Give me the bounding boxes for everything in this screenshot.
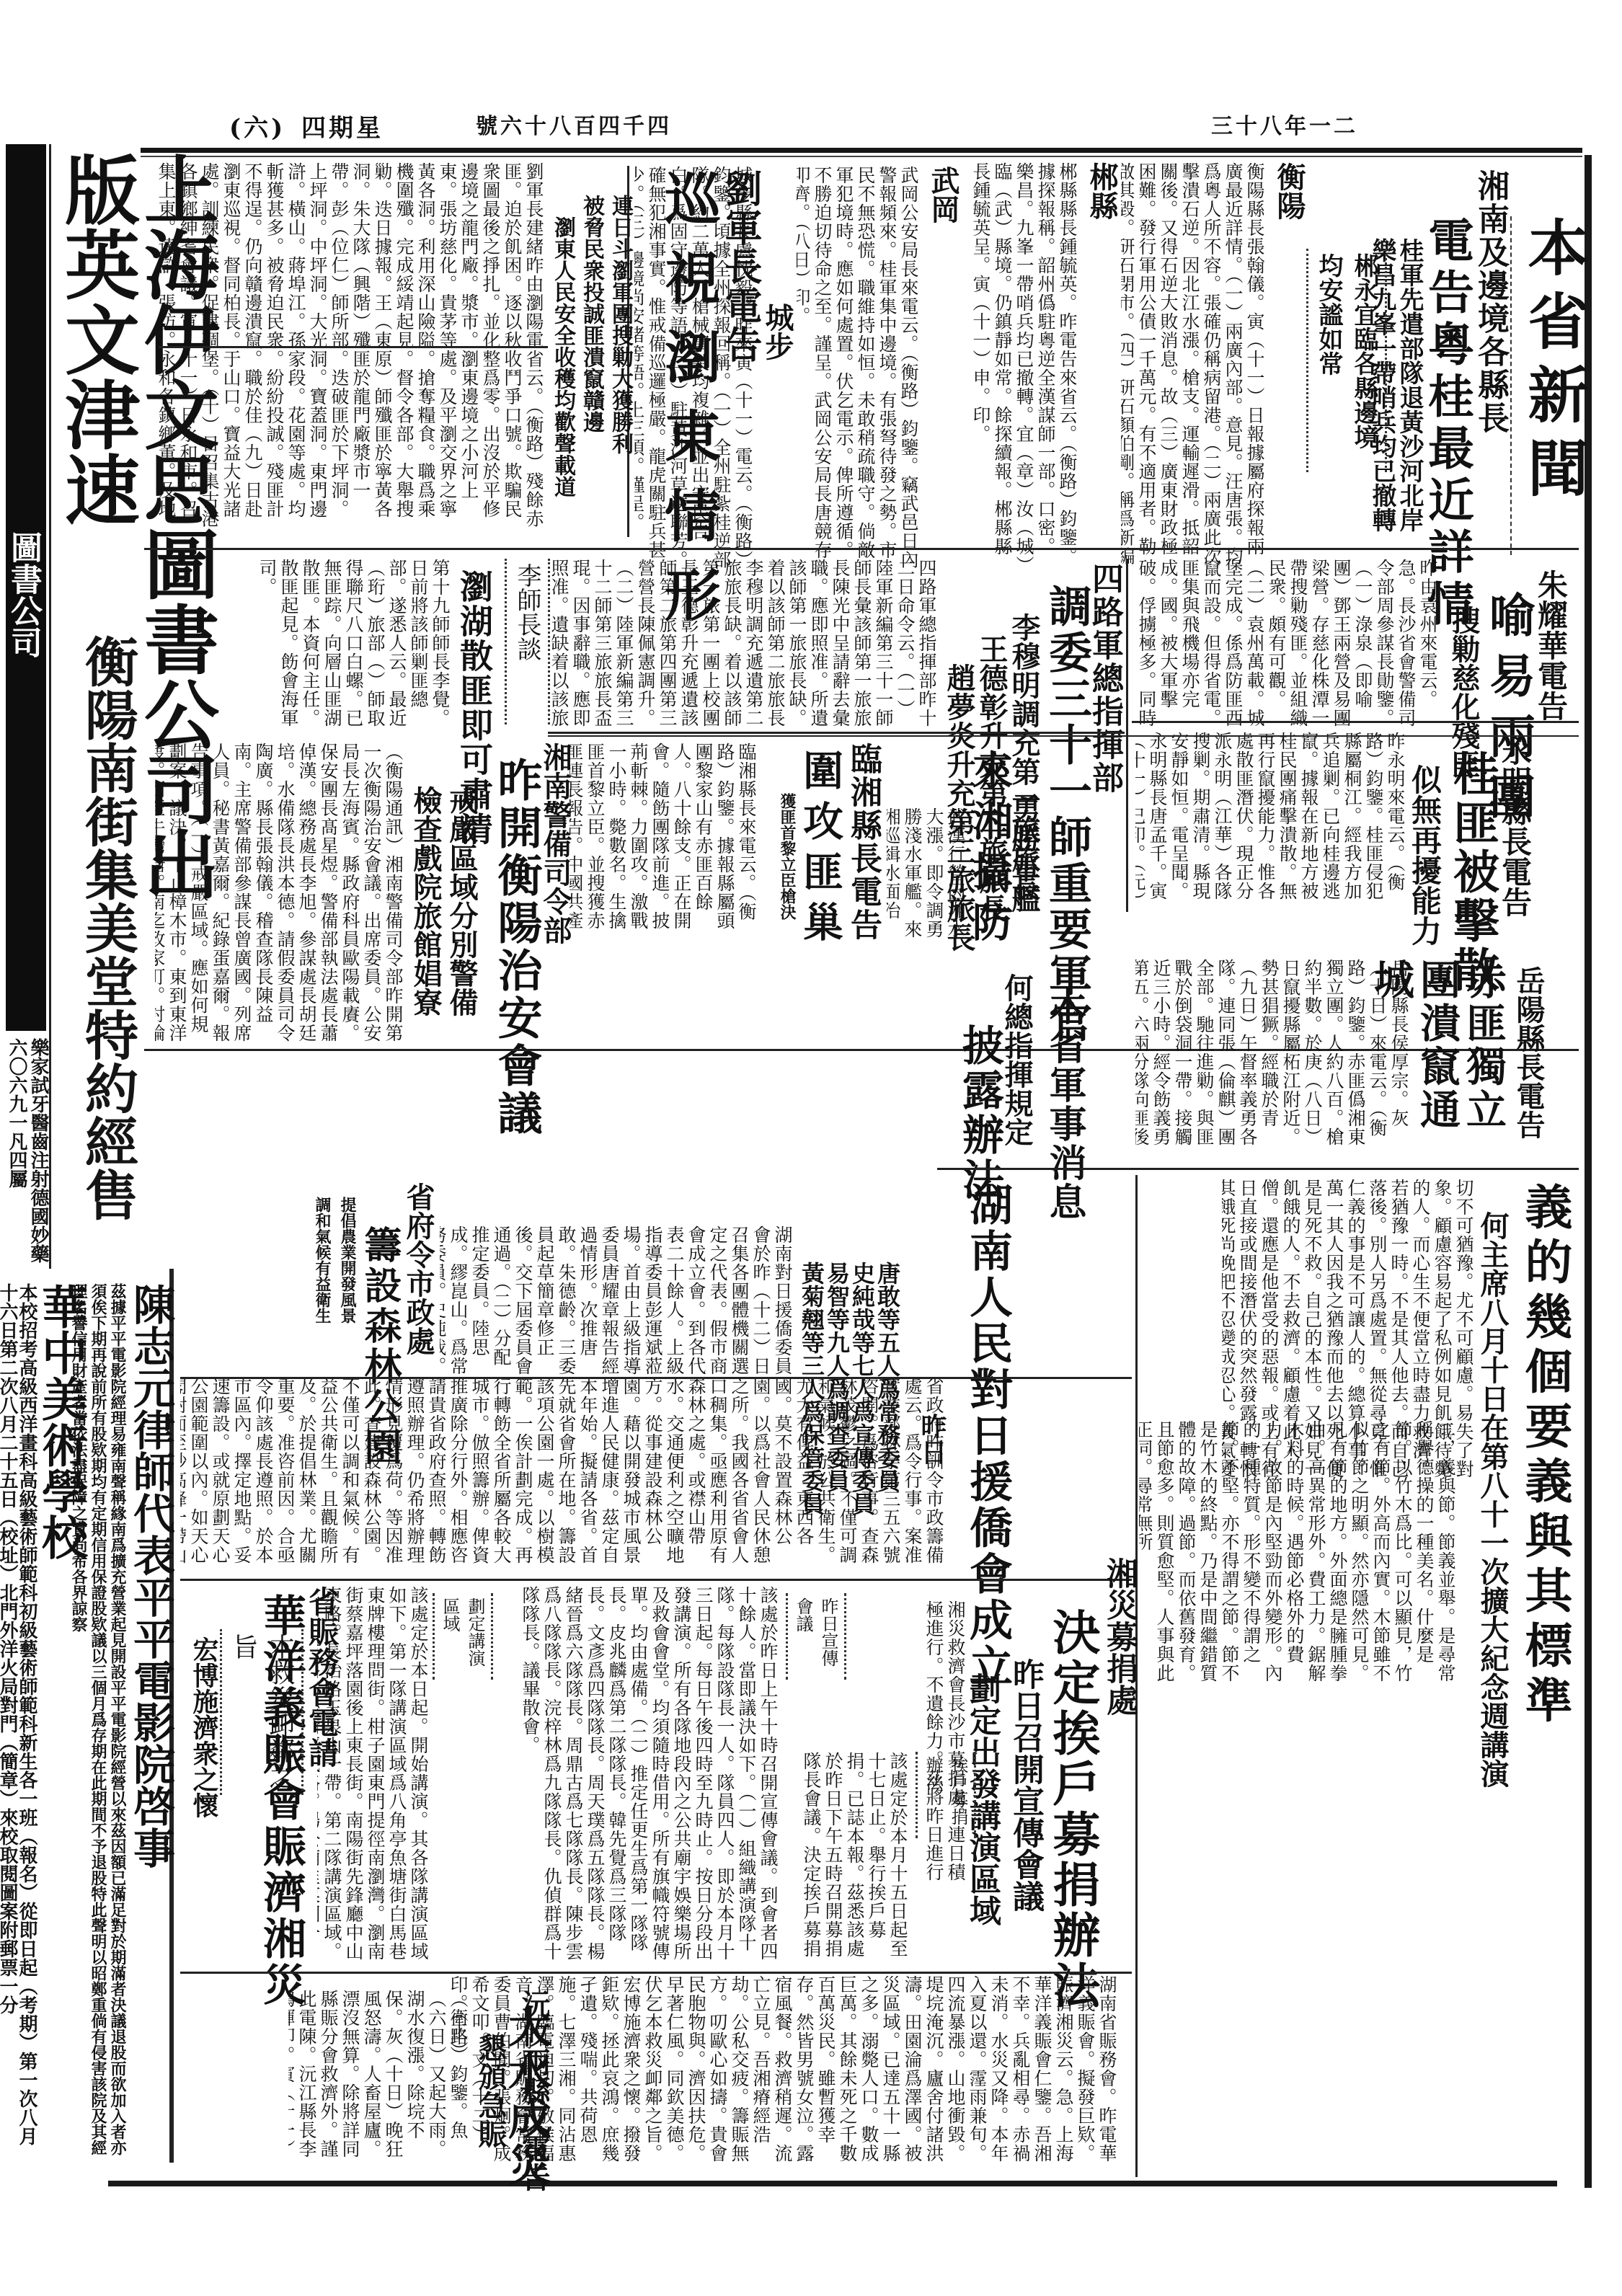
- a1-subhead-1: 桂軍先遣部隊退黃沙河北岸: [1397, 238, 1422, 532]
- republic-year: 三十八年一二: [1211, 108, 1358, 140]
- a13-subhead-2: 調和氣候有益衛生: [303, 1197, 332, 1370]
- a1-body-hengyang: 衡陽縣長張翰儀。寅（十一）日報據屬府探報兩廣最近詳情。（一）兩廣內部。意見。汪唐…: [1121, 162, 1265, 566]
- a10-kicker: 何總指揮規定: [1002, 973, 1031, 1146]
- a2-subhead-3: 瀏東人民安全收穫均歡聲載道: [551, 216, 573, 497]
- weekday-label: 四期星: [301, 108, 384, 143]
- section-divider: [1510, 216, 1512, 555]
- a4-subhead: 似無再擾能力: [1409, 764, 1440, 946]
- a2-subhead-1: 連日斗瀏軍團搜勦大獲勝利: [609, 195, 631, 454]
- a2-kicker: 劉軍長電告: [721, 169, 758, 364]
- a1-kicker: 湘南及邊境各縣長: [1474, 169, 1506, 435]
- a5-kicker: 四路軍總指揮部: [1089, 562, 1120, 794]
- a10-headline: 本省軍事消息: [1045, 988, 1083, 1221]
- a13-kicker: 省府令市政處: [404, 1182, 433, 1355]
- a1-boxed-note: 郴永宜臨各縣邊境均安謐如常: [1306, 249, 1387, 472]
- a8-subhead-1: 戒嚴區域分別警備: [447, 786, 476, 1016]
- black-ad-banner: 圖書公司: [6, 144, 46, 1031]
- a11-section-two: 二，義與節。節義並舉。是尋常稱譽德操的一種美名。什麼是節。以竹木爲比。可以顯見，…: [1139, 1420, 1456, 1687]
- a4-headline: 桂匪被擊散: [1449, 750, 1495, 995]
- top-rule: [141, 148, 1582, 153]
- a8-kicker: 湘南警備司令部: [541, 743, 570, 944]
- a12-headline: 湖南人民對日援僑會成立: [966, 1182, 1009, 1690]
- a13-body: 省政府昨訓令市政籌備處云。爲令行事。案准實業部林字第三五六號咨開。爲咨行事。查森…: [180, 1377, 944, 1579]
- a14-subhead-1: 昨日召開宣傳會議: [1009, 1658, 1041, 1912]
- a15-subhead-2: 宏博施濟衆之懷: [191, 1636, 217, 1818]
- a14-kicker: 湘災募捐處: [1103, 1557, 1135, 1716]
- a5-rule: [548, 732, 1125, 734]
- ad-divider: [49, 144, 51, 1269]
- band-rule-5: [180, 1579, 1132, 1581]
- a1-dateline-hengyang: 衡陽: [1269, 162, 1310, 220]
- a6-body: 武漢行營因湘水大漲。即令調勇勝淺水軍艦。來湘巡緝水面治安。並將湖江弋湘潭衡陽一帶…: [887, 807, 966, 952]
- a5-sidebar-kicker: 李師長談: [505, 559, 550, 724]
- a15-subhead-1: 本救災卹鄰之旨: [220, 1629, 303, 1795]
- a1-body-chenxian: 郴縣縣長鍾毓英。昨電告來省云。（衡路）鈞鑒。據探報稱。韶州僞駐粵逆全漢謀師一部。…: [962, 162, 1078, 566]
- bottom-rule: [108, 2181, 1557, 2186]
- a5-sidebar-body: 第十九師師長李覺。日前將該師剿匪總部。遂悉人云。最近（珩）旅部（）師取得聯尺八口…: [155, 559, 451, 732]
- a16-body: （衛路）鈞鑒。魚（六日）又起大雨。湖水復漲。除垸不保。灰（十日）晚狂風怒濤。人畜…: [288, 1990, 469, 2170]
- a14-section-label-3: 劃定講演區域: [433, 1593, 493, 1680]
- section-title: 本省新聞: [1521, 216, 1586, 510]
- a9-headline: 赤匪獨立團潰竄通城: [1420, 959, 1507, 1161]
- a6-kicker: 勇勝軍艦: [1009, 793, 1038, 914]
- committee-names: 唐敢等五人: [874, 1262, 901, 1377]
- a8-subhead-2: 檢查戲院旅館娼寮: [411, 786, 440, 1016]
- a8-headline: 昨開衡陽治安會議: [494, 757, 539, 1138]
- a3-rule: [1132, 721, 1579, 723]
- a3-body: 昨由袁州來電云。急。長沙省會警備司令部周參謀長勛鑒。（一）淥泉（即喻團）鄧王兩營…: [1135, 559, 1438, 732]
- a4-kicker: 永明縣長電告: [1499, 735, 1530, 917]
- a16-headline: 大水成災: [505, 2004, 548, 2189]
- a14-section-label-2: 昨日宣傳會議: [786, 1593, 846, 1680]
- a7-body: 臨湘縣長來電云。（衡路）鈞鑒。據報縣屬頭團黎家山有赤匪百餘人。八十餘支。正在開會…: [570, 743, 757, 930]
- a14-section-body-1: 該處定於本月十五日起至十七日止。舉行挨戶募捐。已誌本報。茲悉該處於昨日下午五時召…: [800, 1752, 908, 1961]
- a7-subheads: 獲匪首黎立臣槍決: [761, 793, 797, 937]
- a9-kicker: 岳陽縣長電告: [1514, 966, 1543, 1139]
- a9-body: 岳陽縣長侯厚宗。灰（十日）來電云。（衡路）鈞鑒。赤匪僞湘東獨立團。人約八百。槍約…: [1135, 959, 1409, 1161]
- pharmacy-ad: 樂家試牙醫齒注射德國妙藥六〇六九一凡四屬: [6, 1038, 49, 1276]
- a4-body: 昨永明來電云。（衡路）鈞鑒。桂匪侵犯縣屬桐江。經我方加兵追剿。已向桂邊逃竄。據報…: [1135, 732, 1406, 908]
- a1-dateline-wugang: 武岡: [923, 166, 964, 223]
- committee-names: 易智等九人: [823, 1262, 851, 1377]
- a1-dateline-chenxian: 郴縣: [1081, 162, 1122, 220]
- band-rule-1: [144, 548, 1579, 550]
- a2-inner-rule: [159, 346, 548, 348]
- a10-subhead: 披露辦法: [959, 1024, 1001, 1202]
- band-rule-6: [180, 1972, 1132, 1974]
- a6-headline: 來湘攝防: [970, 750, 1010, 952]
- a15-kicker: 省賑務會電請: [306, 1586, 337, 1768]
- a7-kicker: 臨湘縣長電告: [847, 743, 879, 941]
- a14-section-body-2: 該處於昨日上午十時召開宣傳會議。到會者四十餘人。當即議決如下。（一）組織講演隊十…: [469, 1586, 779, 1961]
- a13-subhead-1: 提倡農業開發風景: [328, 1197, 357, 1370]
- top-rule-thin: [141, 156, 1582, 157]
- a1-body-wugang: 武岡公安局長來電云。（衡路）鈞鑒。竊武邑日內警報頻來。桂軍集中邊境。有張弩待發之…: [797, 166, 919, 569]
- a11-kicker: 何主席八月十日在第八十一次擴大紀念週講演: [1478, 1211, 1507, 1788]
- lawyer-notice-headline: 陳志元律師代表平平電影院啓事: [128, 1283, 173, 2163]
- a14-body: 湘災救濟會長沙市募捐處。連日積極進行。不遺餘力。茲將昨日進行事項。摘其重要者。彙…: [923, 1600, 966, 1889]
- a8-body: （衡陽通訊）湘南警備司令部昨開第一次衡陽治安會議。出席委員。公安局長左海賓。縣政…: [155, 743, 404, 1045]
- a16-subhead: 懇頒急賑: [476, 2033, 505, 2148]
- shop-brush-ad-text: 衡陽南街集美堂特約經售: [61, 634, 140, 1269]
- a5-headline: 調委三十一師重要軍官: [1045, 584, 1089, 1045]
- a11-headline: 義的幾個要義與其標準: [1521, 1182, 1569, 1730]
- a14-section-label-1: 挨戶募捐辦法: [916, 1752, 976, 1838]
- a14-headline: 決定挨戶募捐辦法: [1049, 1608, 1096, 2011]
- band-rule-2b: [548, 735, 1579, 737]
- school-ad-body: 本校招考高級西洋畫科高級藝術師範科初級藝術師範科新生各一班（報名）從即日起（考期…: [3, 1283, 36, 2163]
- a7-headline: 圍攻匪巢: [800, 750, 841, 952]
- a1-dateline-chengbu: 城步: [757, 303, 798, 360]
- page-number: (六): [229, 108, 285, 143]
- band-rule-3: [937, 1168, 1579, 1170]
- issue-date: 號六十八百四千四: [476, 108, 672, 140]
- a2-subhead-2: 被脅民衆投誠匪潰竄贛邊: [580, 195, 602, 433]
- band-rule-4: [180, 1377, 1132, 1379]
- a12-body: 湖南對日援僑委員會於昨（十二）日召集各團體機關選定之代表。假市商會成立會。到各代…: [440, 1225, 793, 1377]
- a3-kicker: 朱耀華電告: [1535, 569, 1566, 721]
- a5-body: 四路軍總指揮部昨十二日命令云。（一）陸軍新編第三十一師師長彙該師第一旅旅長陳光中…: [548, 559, 937, 732]
- school-ad-headline: 華中美術學校: [36, 1283, 85, 1932]
